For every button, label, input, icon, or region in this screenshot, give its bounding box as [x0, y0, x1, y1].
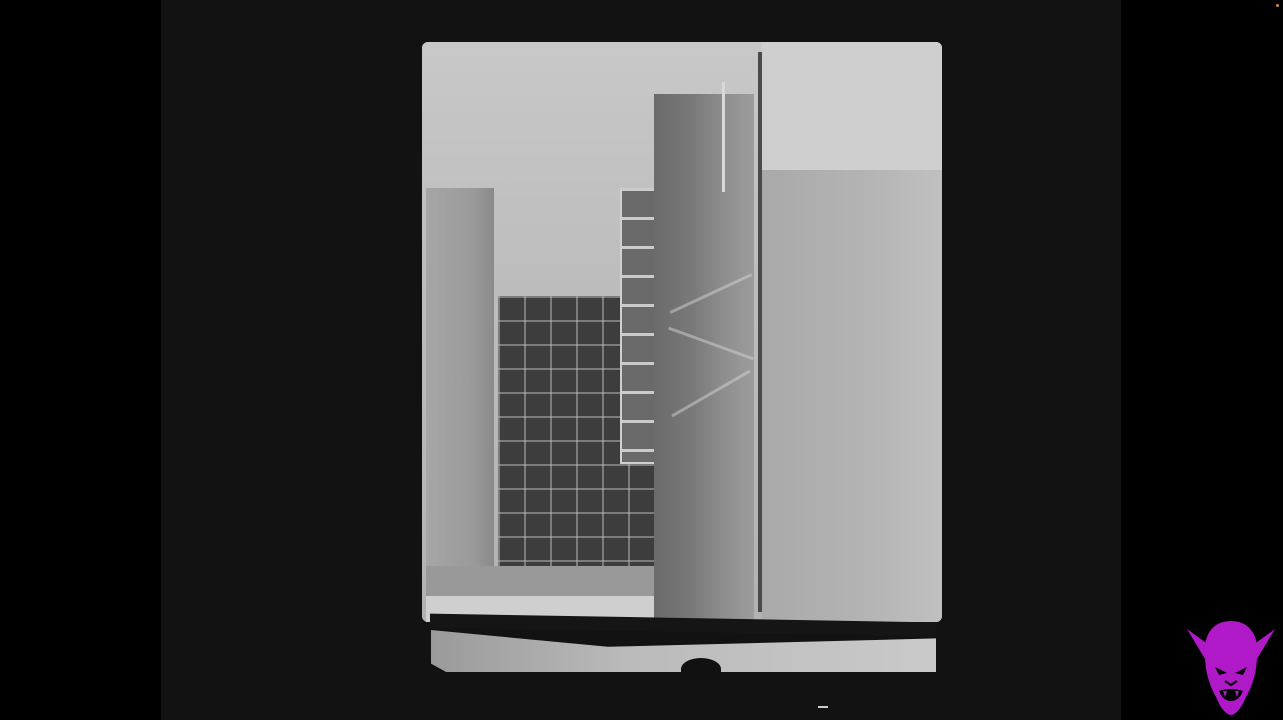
ceiling-area	[762, 42, 942, 170]
video-frame	[161, 0, 1121, 720]
window-view	[422, 42, 942, 622]
curtain-rod	[758, 52, 762, 612]
shower-pipe	[722, 82, 725, 192]
shower-curtain	[654, 94, 754, 622]
sill-object	[681, 658, 721, 680]
light-glint	[818, 706, 828, 708]
bathtub-side	[426, 566, 654, 596]
right-wall-panel	[762, 170, 942, 622]
devil-head-icon	[1183, 615, 1279, 719]
left-pillar	[426, 188, 494, 600]
corner-indicator	[1276, 4, 1279, 7]
